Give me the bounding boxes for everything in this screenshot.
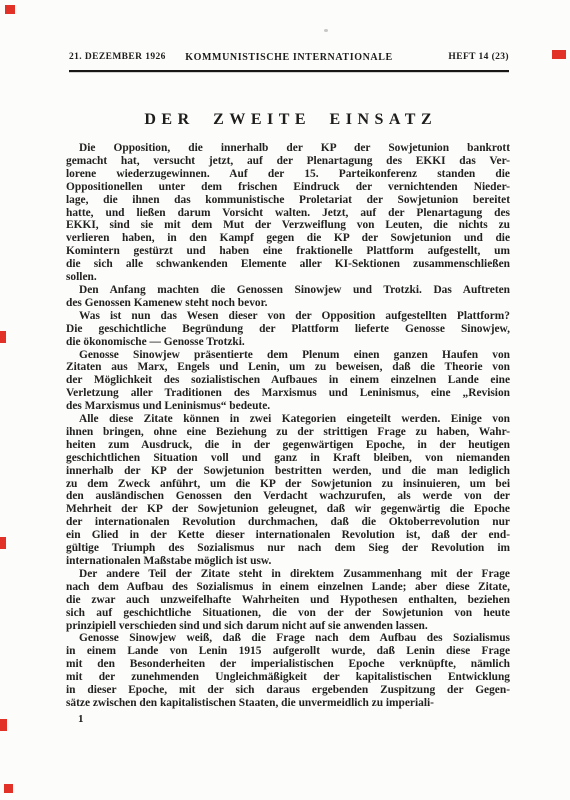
text-line: mit den Besonderheiten der imperialistis… — [66, 658, 510, 671]
scanned-page: 21. DEZEMBER 1926 KOMMUNISTISCHE INTERNA… — [0, 0, 570, 800]
text-line: der internationalen Revolution durchmach… — [66, 516, 510, 529]
text-line: mit der zunehmenden Ungleichmäßigkeit de… — [66, 671, 510, 684]
text-line: Komintern gestürzt und haben eine frakti… — [66, 245, 510, 258]
paragraph: Den Anfang machten die Genossen Sinowjew… — [66, 284, 510, 310]
text-line: Was ist nun das Wesen dieser von der Opp… — [66, 310, 510, 323]
text-line: lage, die ihnen das kommunistische Prole… — [66, 194, 510, 207]
text-line: zu dem Zweck anführt, um die KP der Sowj… — [66, 478, 510, 491]
text-line: den ausländischen Genossen den Verdacht … — [66, 490, 510, 503]
text-line: Verletzung aller Traditionen des Marxism… — [66, 387, 510, 400]
text-line: ein Glied in der Kette dieser internatio… — [66, 529, 510, 542]
text-line: Der andere Teil der Zitate steht in dire… — [66, 568, 510, 581]
red-scan-mark-left-1 — [0, 331, 6, 343]
paragraph: Genosse Sinowjew präsentierte dem Plenum… — [66, 349, 510, 414]
text-line: des Marxismus und Leninismus“ bedeute. — [66, 400, 510, 413]
text-line: lorene wiederzugewinnen. Auf der 15. Par… — [66, 168, 510, 181]
paragraph: Genosse Sinowjew weiß, daß die Frage nac… — [66, 632, 510, 709]
article-title: DER ZWEITE EINSATZ — [66, 111, 510, 129]
text-line: die sich alle schwankenden Elemente alle… — [66, 258, 510, 271]
text-line: Genosse Sinowjew weiß, daß die Frage nac… — [66, 632, 510, 645]
text-line: in dieser Epoche, mit der sich daraus er… — [66, 684, 510, 697]
text-line: internationalen Maßstabe möglich ist usw… — [66, 555, 510, 568]
text-line: Alle diese Zitate können in zwei Kategor… — [66, 413, 510, 426]
text-line: nach dem Aufbau des Sozialismus in einem… — [66, 581, 510, 594]
text-line: Genosse Sinowjew präsentierte dem Plenum… — [66, 349, 510, 362]
paragraph: Die Opposition, die innerhalb der KP der… — [66, 142, 510, 284]
text-line: sätze zwischen den kapitalistischen Staa… — [66, 697, 510, 710]
red-scan-mark-left-3 — [0, 719, 7, 731]
page-number: 1 — [78, 713, 84, 725]
red-scan-mark-top-right — [552, 50, 566, 59]
text-line: prinzipiell verschieden sind und sich da… — [66, 620, 510, 633]
text-line: gemacht hat, versucht jetzt, auf der Ple… — [66, 155, 510, 168]
paragraph: Alle diese Zitate können in zwei Kategor… — [66, 413, 510, 568]
text-line: verlieren haben, in den Kampf gegen die … — [66, 232, 510, 245]
red-scan-mark-top-left — [5, 5, 15, 14]
text-line: die ökonomische — Genosse Trotzki. — [66, 336, 510, 349]
text-line: geschichtlichen Situation voll und ganz … — [66, 452, 510, 465]
text-line: heiten zum Ausdruck, die in der gegenwär… — [66, 439, 510, 452]
text-line: Die geschichtliche Begründung der Plattf… — [66, 323, 510, 336]
text-line: sollen. — [66, 271, 510, 284]
text-line: Zitaten aus Marx, Engels und Lenin, um z… — [66, 361, 510, 374]
journal-title: KOMMUNISTISCHE INTERNATIONALE — [69, 52, 509, 63]
text-line: innerhalb der KP der Sowjetunion bestrit… — [66, 465, 510, 478]
red-scan-mark-left-2 — [0, 537, 6, 549]
text-line: der Möglichkeit des sozialistischen Aufb… — [66, 374, 510, 387]
text-line: sich auf geschichtliche Situationen, die… — [66, 607, 510, 620]
text-line: Mehrheit der KP der Sowjetunion geleugne… — [66, 503, 510, 516]
text-line: die zwar auch unzweifelhafte Wahrheiten … — [66, 594, 510, 607]
paragraph: Was ist nun das Wesen dieser von der Opp… — [66, 310, 510, 349]
text-line: EKKI, sind sie mit dem Mut der Verzweifl… — [66, 219, 510, 232]
text-line: Den Anfang machten die Genossen Sinowjew… — [66, 284, 510, 297]
header-rule — [69, 70, 509, 72]
red-scan-mark-bottom-left — [4, 784, 13, 793]
text-line: Oppositionellen unter dem frischen Eindr… — [66, 181, 510, 194]
text-line: Die Opposition, die innerhalb der KP der… — [66, 142, 510, 155]
scan-speck — [324, 29, 328, 32]
article-body: Die Opposition, die innerhalb der KP der… — [66, 142, 510, 710]
text-line: gültige Triumph des Sozialismus nur nach… — [66, 542, 510, 555]
paragraph: Der andere Teil der Zitate steht in dire… — [66, 568, 510, 633]
text-line: in einem Lande von Lenin 1915 aufgerollt… — [66, 645, 510, 658]
text-line: ihnen bringen, ohne eine Beziehung zu de… — [66, 426, 510, 439]
text-line: hatte, und ließen darum Vorsicht walten.… — [66, 207, 510, 220]
running-head: 21. DEZEMBER 1926 KOMMUNISTISCHE INTERNA… — [69, 52, 509, 66]
text-line: des Genossen Kamenew steht noch bevor. — [66, 297, 510, 310]
